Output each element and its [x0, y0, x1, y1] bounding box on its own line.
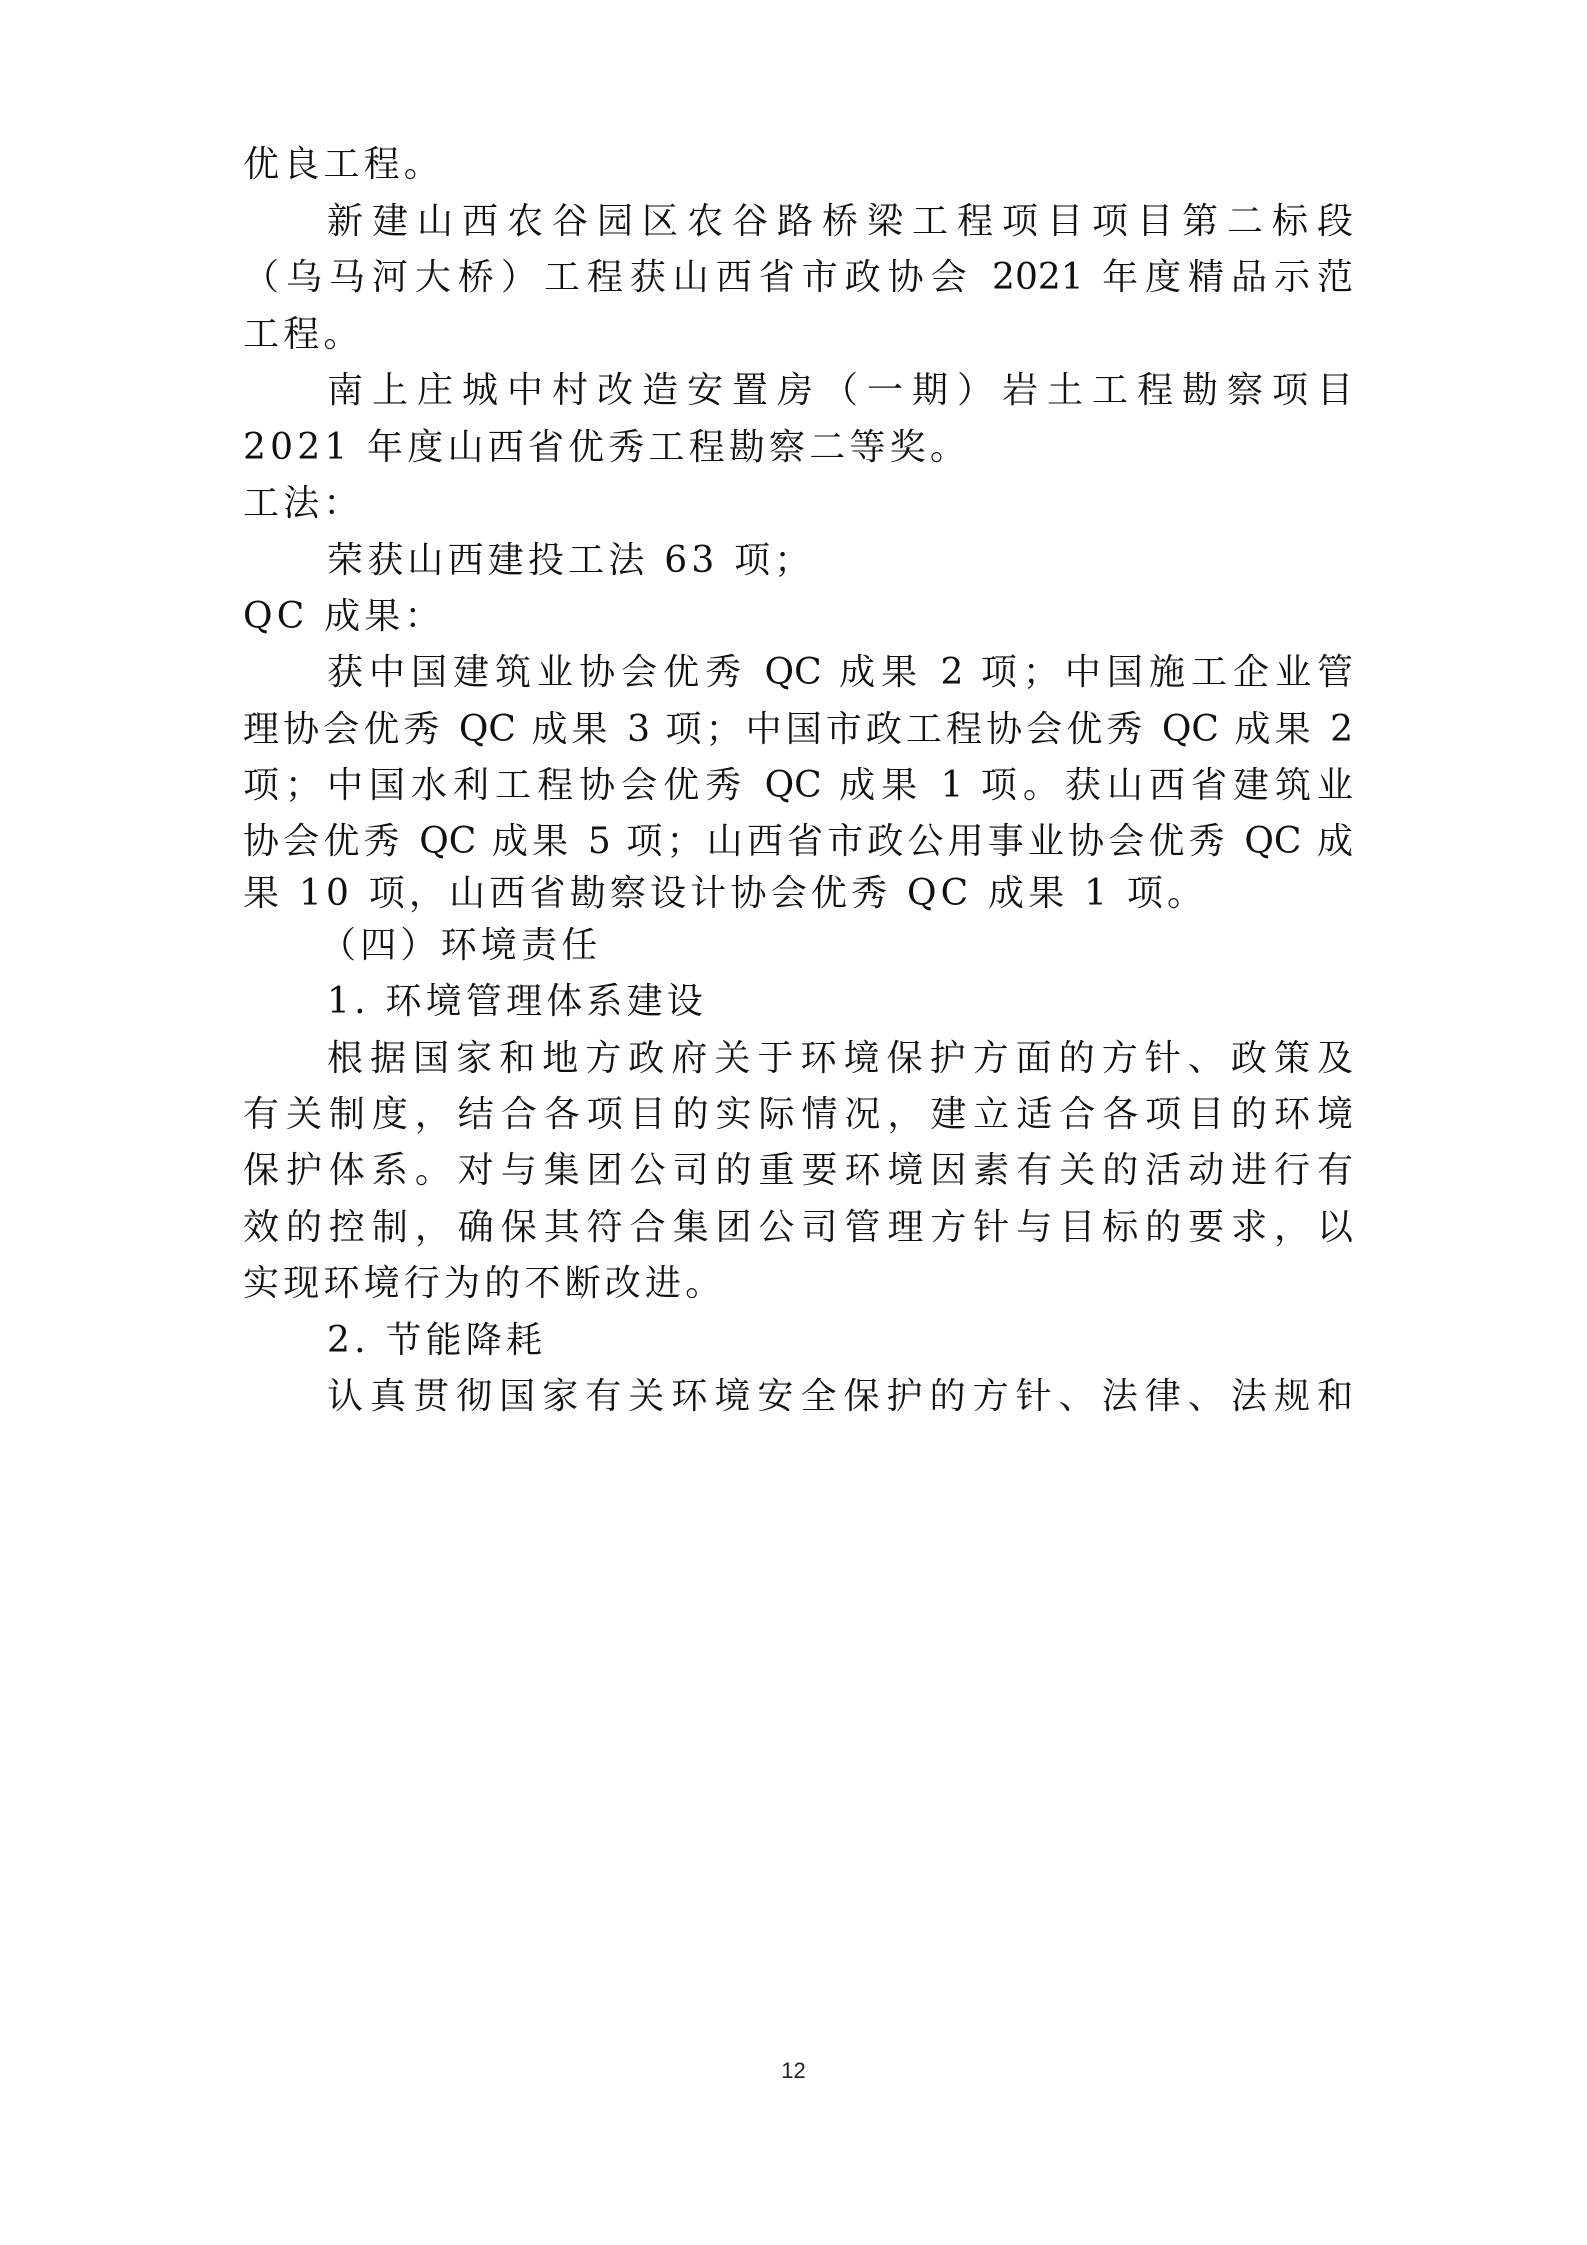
paragraph-line: 果 10 项，山西省勘察设计协会优秀 QC 成果 1 项。: [243, 866, 1353, 922]
paragraph-line: 保护体系。对与集团公司的重要环境因素有关的活动进行有: [243, 1143, 1353, 1199]
paragraph-line: 2021 年度山西省优秀工程勘察二等奖。: [243, 420, 1353, 476]
section-label-method: 工法：: [243, 476, 1353, 532]
paragraph-line: 有关制度，结合各项目的实际情况，建立适合各项目的环境: [243, 1087, 1353, 1143]
paragraph-line: （乌马河大桥）工程获山西省市政协会 2021 年度精品示范: [243, 250, 1353, 306]
paragraph-line: 实现环境行为的不断改进。: [243, 1256, 1353, 1312]
paragraph-line: 荣获山西建投工法 63 项；: [327, 533, 1353, 589]
paragraph-line: 理协会优秀 QC 成果 3 项；中国市政工程协会优秀 QC 成果 2: [243, 702, 1353, 758]
subheading-energy-saving: 2. 节能降耗: [327, 1313, 1437, 1369]
document-page: 优良工程。 新建山西农谷园区农谷路桥梁工程项目项目第二标段 （乌马河大桥）工程获…: [0, 0, 1587, 2245]
paragraph-line: 项；中国水利工程协会优秀 QC 成果 1 项。获山西省建筑业: [243, 758, 1353, 814]
paragraph-line: 新建山西农谷园区农谷路桥梁工程项目项目第二标段: [327, 194, 1353, 250]
paragraph-line: 协会优秀 QC 成果 5 项；山西省市政公用事业协会优秀 QC 成: [243, 814, 1353, 870]
subheading-env-management: 1. 环境管理体系建设: [327, 974, 1437, 1030]
paragraph-line: 效的控制，确保其符合集团公司管理方针与目标的要求，以: [243, 1200, 1353, 1256]
paragraph-line: 根据国家和地方政府关于环境保护方面的方针、政策及: [327, 1031, 1353, 1087]
paragraph-line: 工程。: [243, 307, 1353, 363]
paragraph-line: 优良工程。: [243, 137, 1353, 193]
paragraph-line: 获中国建筑业协会优秀 QC 成果 2 项；中国施工企业管: [327, 645, 1353, 701]
paragraph-line: 南上庄城中村改造安置房（一期）岩土工程勘察项目: [327, 363, 1353, 419]
section-label-qc: QC 成果：: [243, 589, 1353, 645]
section-heading-environment: （四）环境责任: [320, 918, 1430, 974]
paragraph-line: 认真贯彻国家有关环境安全保护的方针、法律、法规和: [327, 1369, 1353, 1425]
page-number: 12: [0, 2058, 1587, 2084]
